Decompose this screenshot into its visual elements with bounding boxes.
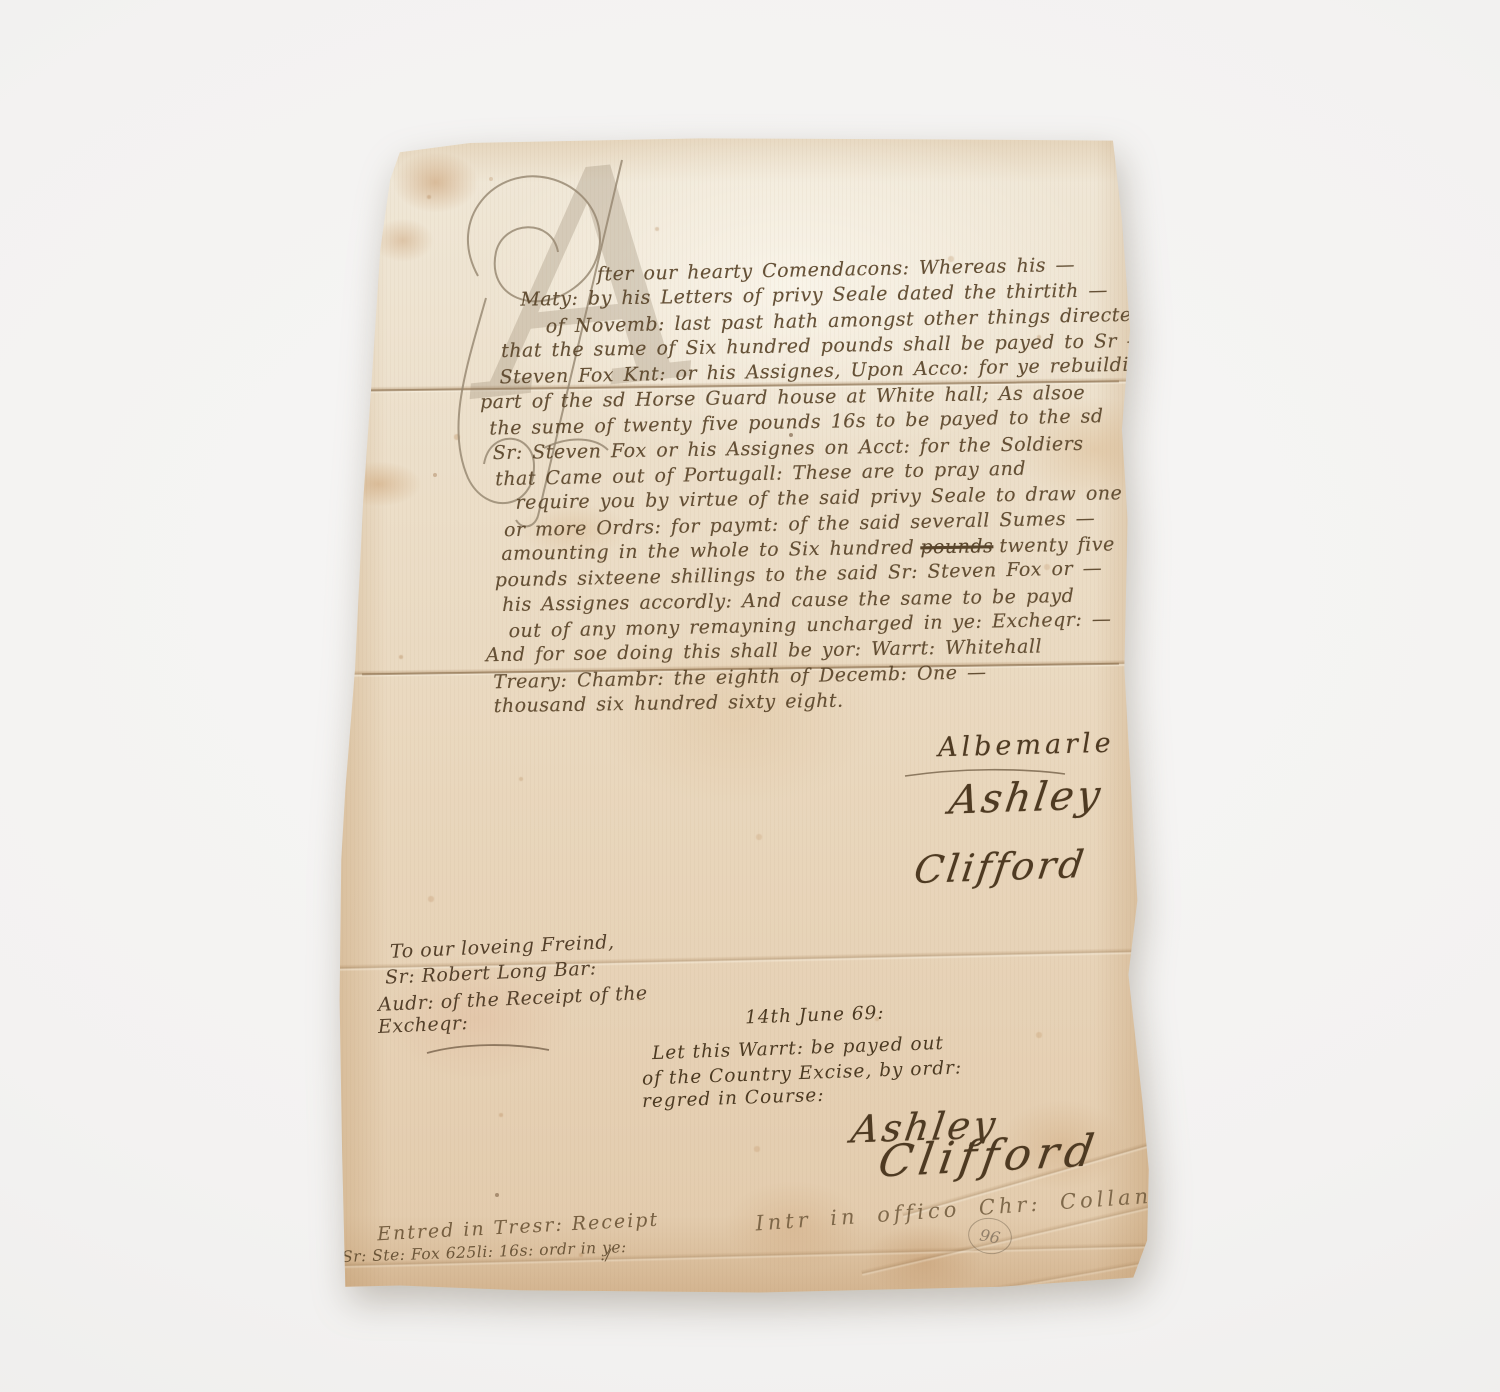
manuscript-paper-wrap: A fter our hearty Comendacons: Whereas h… bbox=[338, 136, 1152, 1296]
manuscript-paper: A fter our hearty Comendacons: Whereas h… bbox=[338, 136, 1152, 1296]
signature-clifford: Clifford bbox=[911, 842, 1089, 892]
signature-ashley: Ashley bbox=[946, 772, 1106, 823]
manuscript-line: Treary: Chambr: the eighth of Decemb: On… bbox=[493, 661, 987, 693]
warrant-body: fter our hearty Comendacons: Whereas his… bbox=[336, 126, 1168, 1299]
foxing-spots bbox=[338, 136, 340, 138]
slash-mark: ./ bbox=[600, 1246, 612, 1264]
address-line: Excheqr: bbox=[378, 1012, 469, 1038]
manuscript-line: thousand six hundred sixty eight. bbox=[494, 690, 844, 717]
line-text: twenty five bbox=[999, 533, 1115, 557]
archive-number: 96 bbox=[978, 1225, 1001, 1247]
line-text: amounting in the whole to Six hundred bbox=[501, 536, 914, 564]
signature-albemarle: Albemarle bbox=[938, 728, 1115, 764]
photo-background: A fter our hearty Comendacons: Whereas h… bbox=[0, 0, 1500, 1392]
struck-word: pounds bbox=[920, 535, 993, 558]
address-flourish-icon bbox=[423, 1041, 553, 1057]
